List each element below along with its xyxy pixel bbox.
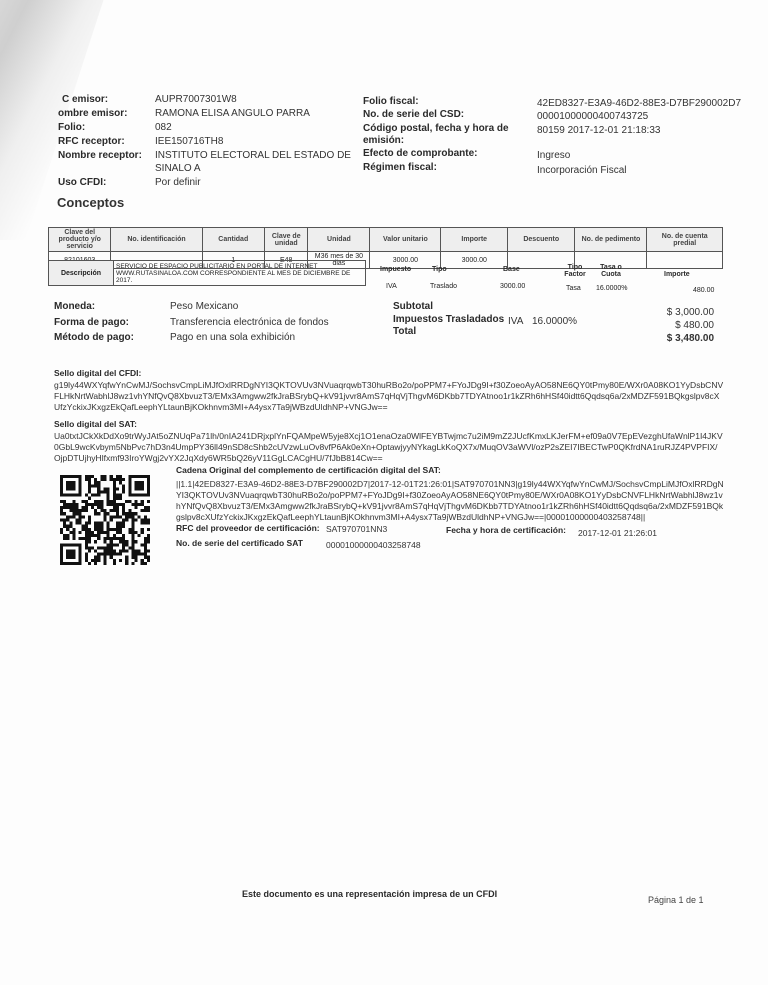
codigo-postal-label-line1: Código postal, fecha y hora de [363, 123, 509, 134]
nombre-receptor-value-line1: INSTITUTO ELECTORAL DEL ESTADO DE [155, 150, 351, 161]
codigo-postal-value: 80159 2017-12-01 21:18:33 [537, 125, 660, 136]
rfc-receptor-value: IEE150716TH8 [155, 136, 223, 147]
header-no-pedimento: No. de pedimento [575, 228, 647, 252]
header-clave-unidad: Clave de unidad [264, 228, 308, 252]
rfc-proveedor-label: RFC del proveedor de certificación: [176, 523, 320, 533]
efecto-value: Ingreso [537, 150, 570, 161]
metodo-pago-value: Pago en una sola exhibición [170, 332, 295, 343]
conceptos-title: Conceptos [57, 195, 124, 210]
descripcion-value: SERVICIO DE ESPACIO PUBLICITARIO EN PORT… [114, 261, 366, 286]
sello-cfdi-label: Sello digital del CFDI: [54, 368, 141, 378]
tipo-factor-header: Tipo Factor [562, 264, 588, 278]
header-no-cuenta-predial: No. de cuenta predial [647, 228, 723, 252]
folio-value: 082 [155, 122, 172, 133]
folio-fiscal-label: Folio fiscal: [363, 96, 419, 107]
tasa-cuota-value: 16.0000% [596, 285, 628, 292]
header-no-identificacion: No. identificación [111, 228, 202, 252]
uso-cfdi-value: Por definir [155, 177, 201, 188]
moneda-label: Moneda: [54, 301, 95, 312]
fecha-certificacion-label: Fecha y hora de certificación: [446, 525, 566, 535]
nombre-receptor-label: Nombre receptor: [58, 150, 142, 161]
subtotal-label: Subtotal [393, 301, 433, 312]
rfc-emisor-label: C emisor: [62, 94, 108, 105]
tipo-value: Traslado [430, 283, 457, 290]
fecha-certificacion-value: 2017-12-01 21:26:01 [578, 528, 657, 538]
codigo-postal-label-line2: emisión: [363, 135, 404, 146]
rfc-receptor-label: RFC receptor: [58, 136, 125, 147]
metodo-pago-label: Método de pago: [54, 332, 134, 343]
base-value: 3000.00 [500, 283, 525, 290]
qr-code [60, 475, 150, 565]
cadena-original-value: ||1.1|42ED8327-E3A9-46D2-88E3-D7BF290002… [176, 479, 726, 523]
cfdi-invoice-page: C emisor: AUPR7007301W8 ombre emisor: RA… [0, 0, 768, 985]
nombre-emisor-label: ombre emisor: [58, 108, 127, 119]
uso-cfdi-label: Uso CFDI: [58, 177, 106, 188]
nombre-receptor-value-line2: SINALO A [155, 163, 201, 174]
tipo-factor-value: Tasa [566, 285, 581, 292]
descripcion-table: Descripción SERVICIO DE ESPACIO PUBLICIT… [48, 260, 366, 286]
tasa-cuota-header: Tasa o Cuota [596, 264, 626, 278]
header-valor-unitario: Valor unitario [370, 228, 441, 252]
serie-csd-label: No. de serie del CSD: [363, 109, 464, 120]
moneda-value: Peso Mexicano [170, 301, 238, 312]
importe-impuesto-value: 480.00 [693, 287, 714, 294]
tipo-header: Tipo [432, 266, 447, 273]
rfc-proveedor-value: SAT970701NN3 [326, 524, 387, 534]
serie-csd-value: 00001000000400743725 [537, 111, 648, 122]
serie-sat-label: No. de serie del certificado SAT [176, 538, 303, 548]
footer-leyenda: Este documento es una representación imp… [242, 889, 497, 899]
forma-pago-value: Transferencia electrónica de fondos [170, 317, 329, 328]
impuesto-value: IVA [386, 283, 397, 290]
impuesto-header: Impuesto [380, 266, 411, 273]
header-clave-producto: Clave del producto y/o servicio [49, 228, 111, 252]
total-value: $ 3,480.00 [667, 333, 714, 344]
subtotal-value: $ 3,000.00 [667, 307, 714, 318]
nombre-emisor-value: RAMONA ELISA ANGULO PARRA [155, 108, 310, 119]
cell-no-cuenta-predial [647, 252, 723, 269]
folio-fiscal-value: 42ED8327-E3A9-46D2-88E3-D7BF290002D7 [537, 98, 741, 109]
header-descuento: Descuento [508, 228, 575, 252]
descripcion-label: Descripción [49, 261, 114, 286]
cadena-original-label: Cadena Original del complemento de certi… [176, 465, 441, 475]
header-cantidad: Cantidad [202, 228, 264, 252]
impuesto-tipo: IVA [508, 316, 523, 327]
impuestos-trasladados-label: Impuestos Trasladados [393, 314, 504, 325]
folio-label: Folio: [58, 122, 85, 133]
importe-impuesto-header: Importe [664, 271, 690, 278]
cell-importe: 3000.00 [441, 252, 508, 269]
impuestos-value: $ 480.00 [675, 320, 714, 331]
impuesto-tasa: 16.0000% [532, 316, 577, 327]
conceptos-header-row: Clave del producto y/o servicio No. iden… [49, 228, 723, 252]
rfc-emisor-value: AUPR7007301W8 [155, 94, 237, 105]
page-number: Página 1 de 1 [648, 895, 704, 905]
header-importe: Importe [441, 228, 508, 252]
total-label: Total [393, 326, 416, 337]
regimen-label: Régimen fiscal: [363, 162, 437, 173]
forma-pago-label: Forma de pago: [54, 317, 129, 328]
base-header: Base [503, 266, 520, 273]
efecto-label: Efecto de comprobante: [363, 148, 477, 159]
sello-sat-value: Ua0txtJCkXkDdXo9trWyJAt5oZNUqPa71lh/0nIA… [54, 431, 724, 464]
regimen-value: Incorporación Fiscal [537, 165, 626, 176]
sello-cfdi-value: g19ly44WXYqfwYnCwMJ/SochsvCmpLiMJfOxlRRD… [54, 380, 724, 413]
sello-sat-label: Sello digital del SAT: [54, 419, 137, 429]
serie-sat-value: 00001000000403258748 [326, 540, 421, 550]
header-unidad: Unidad [308, 228, 370, 252]
